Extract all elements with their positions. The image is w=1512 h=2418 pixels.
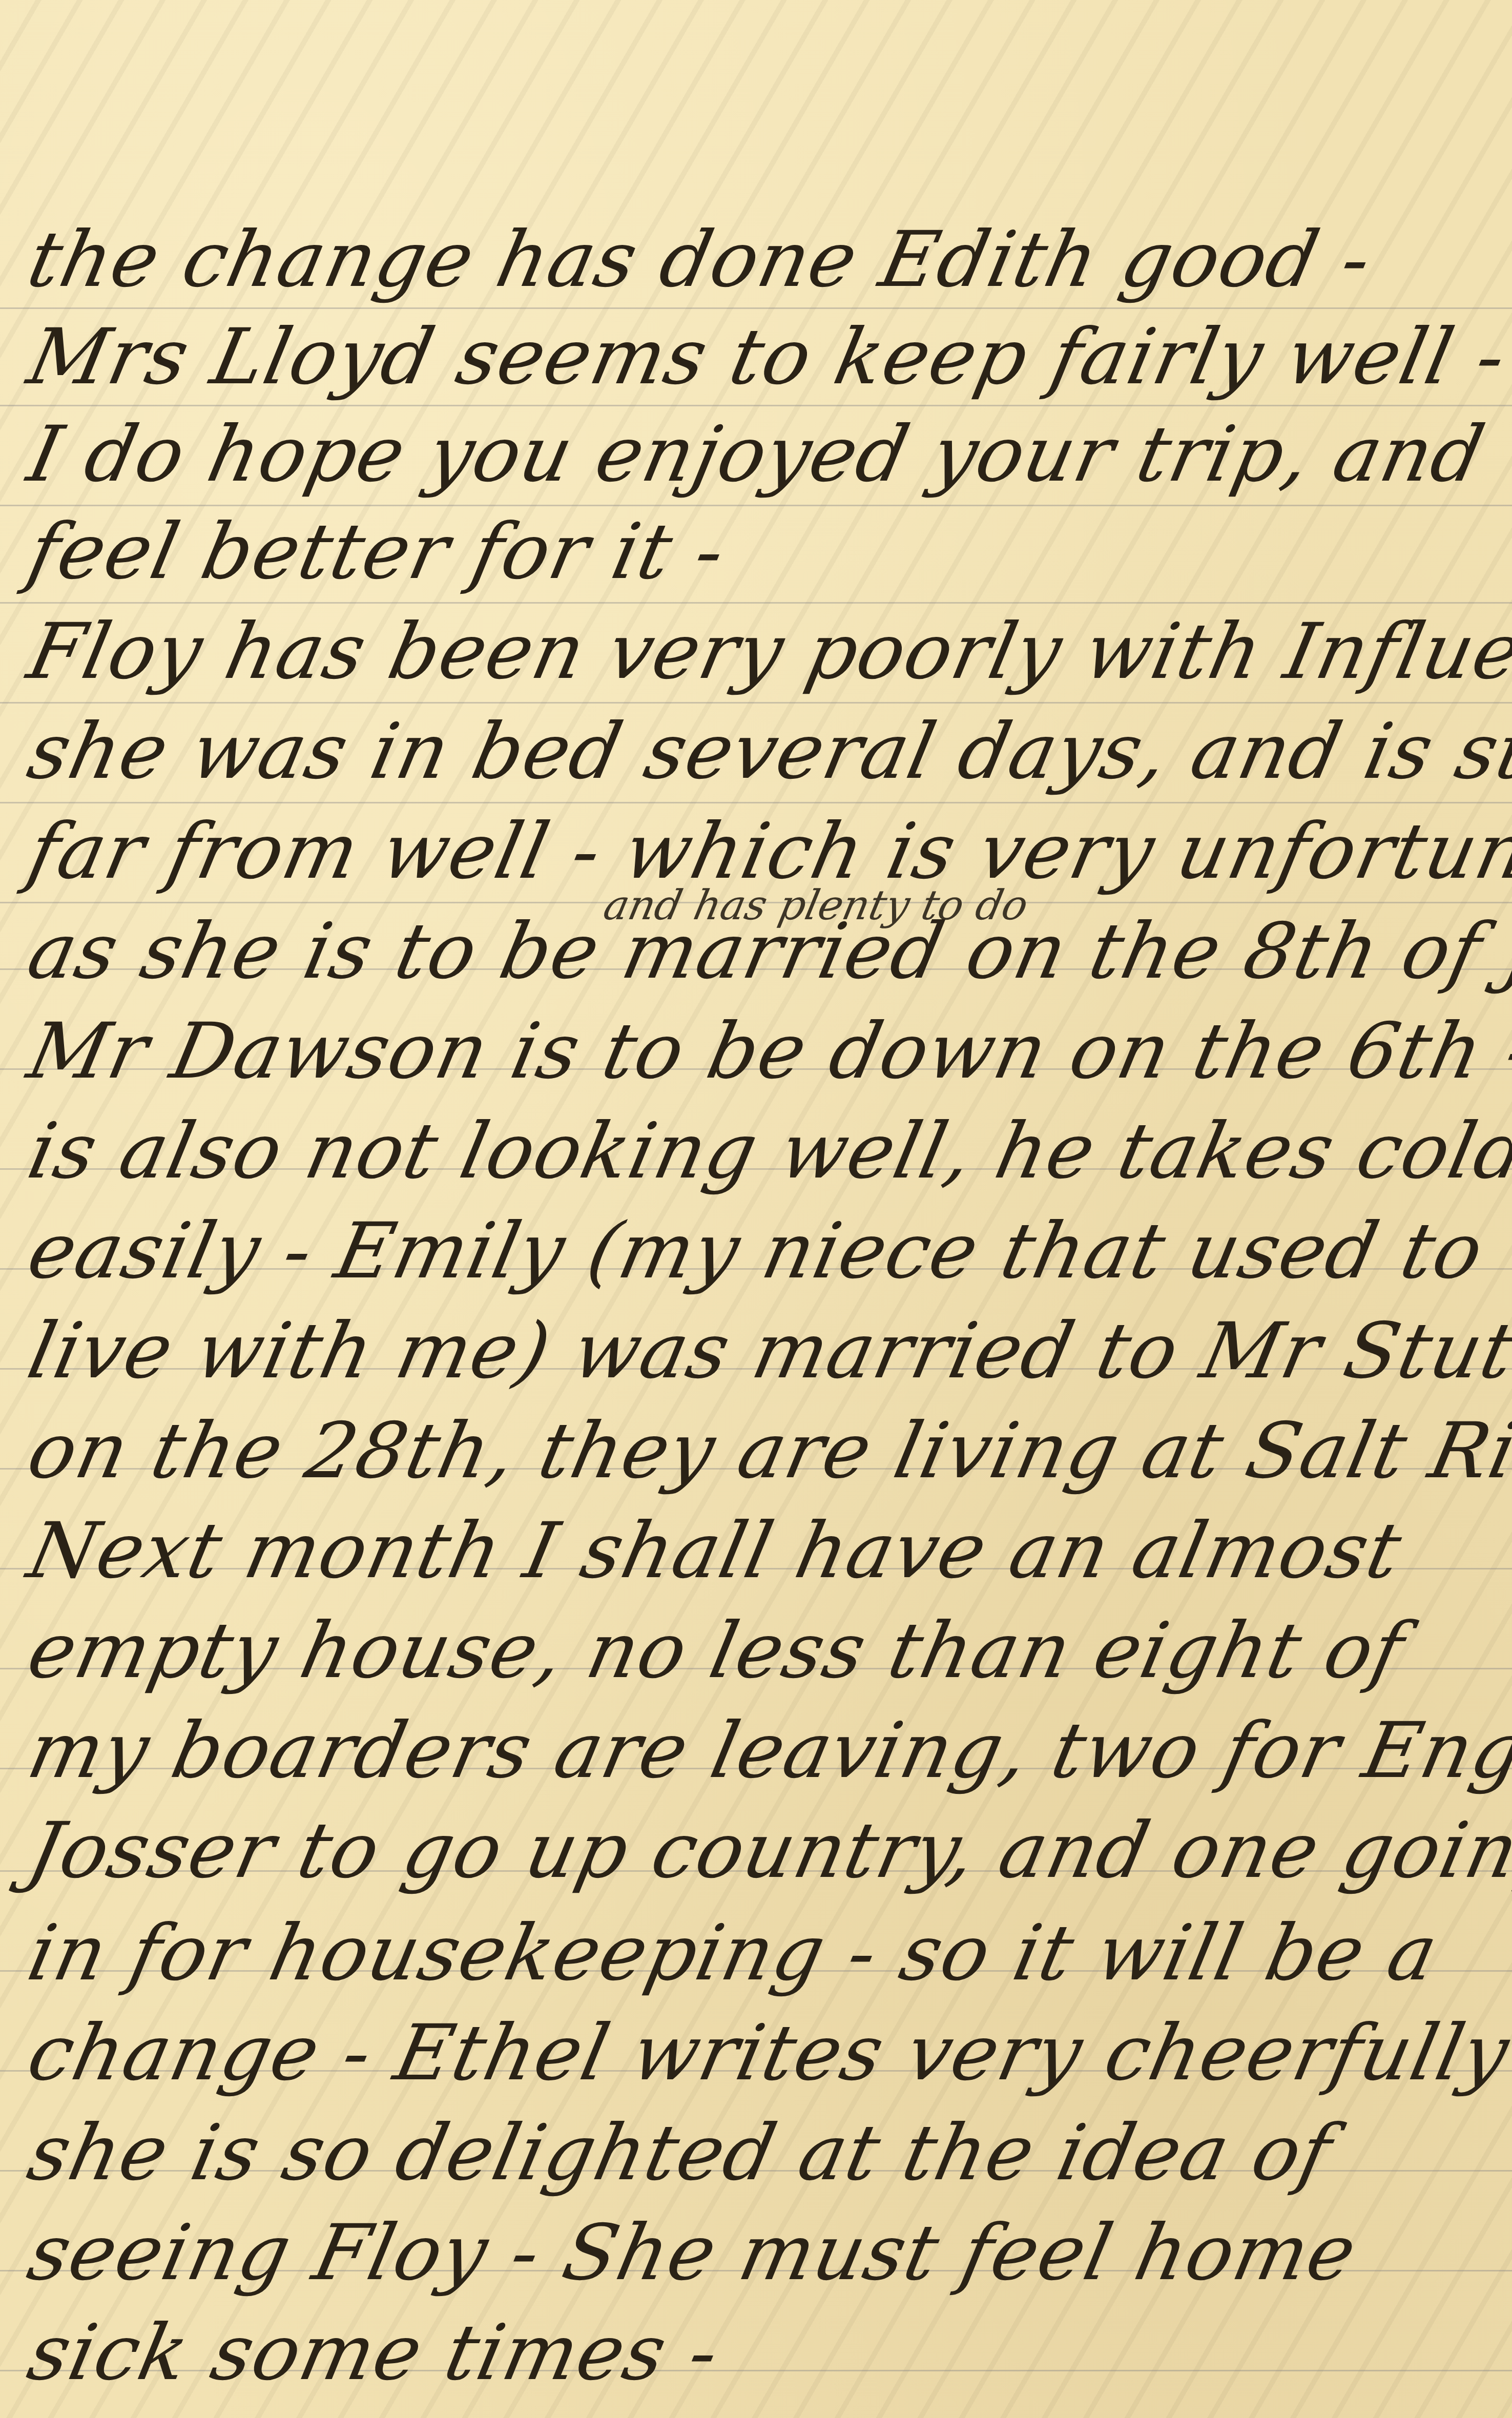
handwritten-line: she is so delighted at the idea of	[20, 2109, 1340, 2198]
handwritten-line: sick some times -	[20, 2308, 727, 2398]
handwritten-line: Mrs Lloyd seems to keep fairly well -	[20, 313, 1512, 402]
handwritten-line: empty house, no less than eight of	[20, 1606, 1412, 1696]
letter-page: the change has done Edith good - Mrs Llo…	[0, 0, 1512, 2418]
handwritten-line: I do hope you enjoyed your trip, and	[20, 410, 1493, 499]
handwritten-line: the change has done Edith good -	[20, 215, 1380, 304]
handwritten-line: as she is to be married on the 8th of Ju…	[20, 907, 1512, 996]
ruled-line	[0, 602, 1512, 604]
ruled-line	[0, 307, 1512, 309]
handwritten-line: in for housekeeping - so it will be a	[20, 1909, 1446, 1998]
handwritten-line: my boarders are leaving, two for England	[20, 1706, 1512, 1795]
handwritten-line: seeing Floy - She must feel home	[20, 2208, 1364, 2298]
handwritten-line: on the 28th, they are living at Salt Riv…	[20, 1407, 1512, 1496]
handwritten-line: Next month I shall have an almost	[20, 1506, 1410, 1596]
handwritten-line: is also not looking well, he takes cold …	[20, 1107, 1512, 1196]
handwritten-line: feel better for it -	[20, 507, 733, 596]
handwritten-line: Josser to go up country, and one going	[20, 1806, 1512, 1895]
handwritten-line: Mr Dawson is to be down on the 6th - Vin…	[20, 1007, 1512, 1096]
ruled-line	[0, 505, 1512, 506]
ruled-line	[0, 702, 1512, 704]
handwritten-line: she was in bed several days, and is stil…	[20, 707, 1512, 796]
handwritten-line: easily - Emily (my niece that used to	[20, 1207, 1492, 1296]
ruled-line	[0, 405, 1512, 406]
handwritten-line: Floy has been very poorly with Influenza	[20, 607, 1512, 696]
handwritten-line: change - Ethel writes very cheerfully	[20, 2009, 1512, 2098]
handwritten-line: live with me) was married to Mr Stutter	[20, 1307, 1512, 1396]
ruled-line	[0, 802, 1512, 803]
